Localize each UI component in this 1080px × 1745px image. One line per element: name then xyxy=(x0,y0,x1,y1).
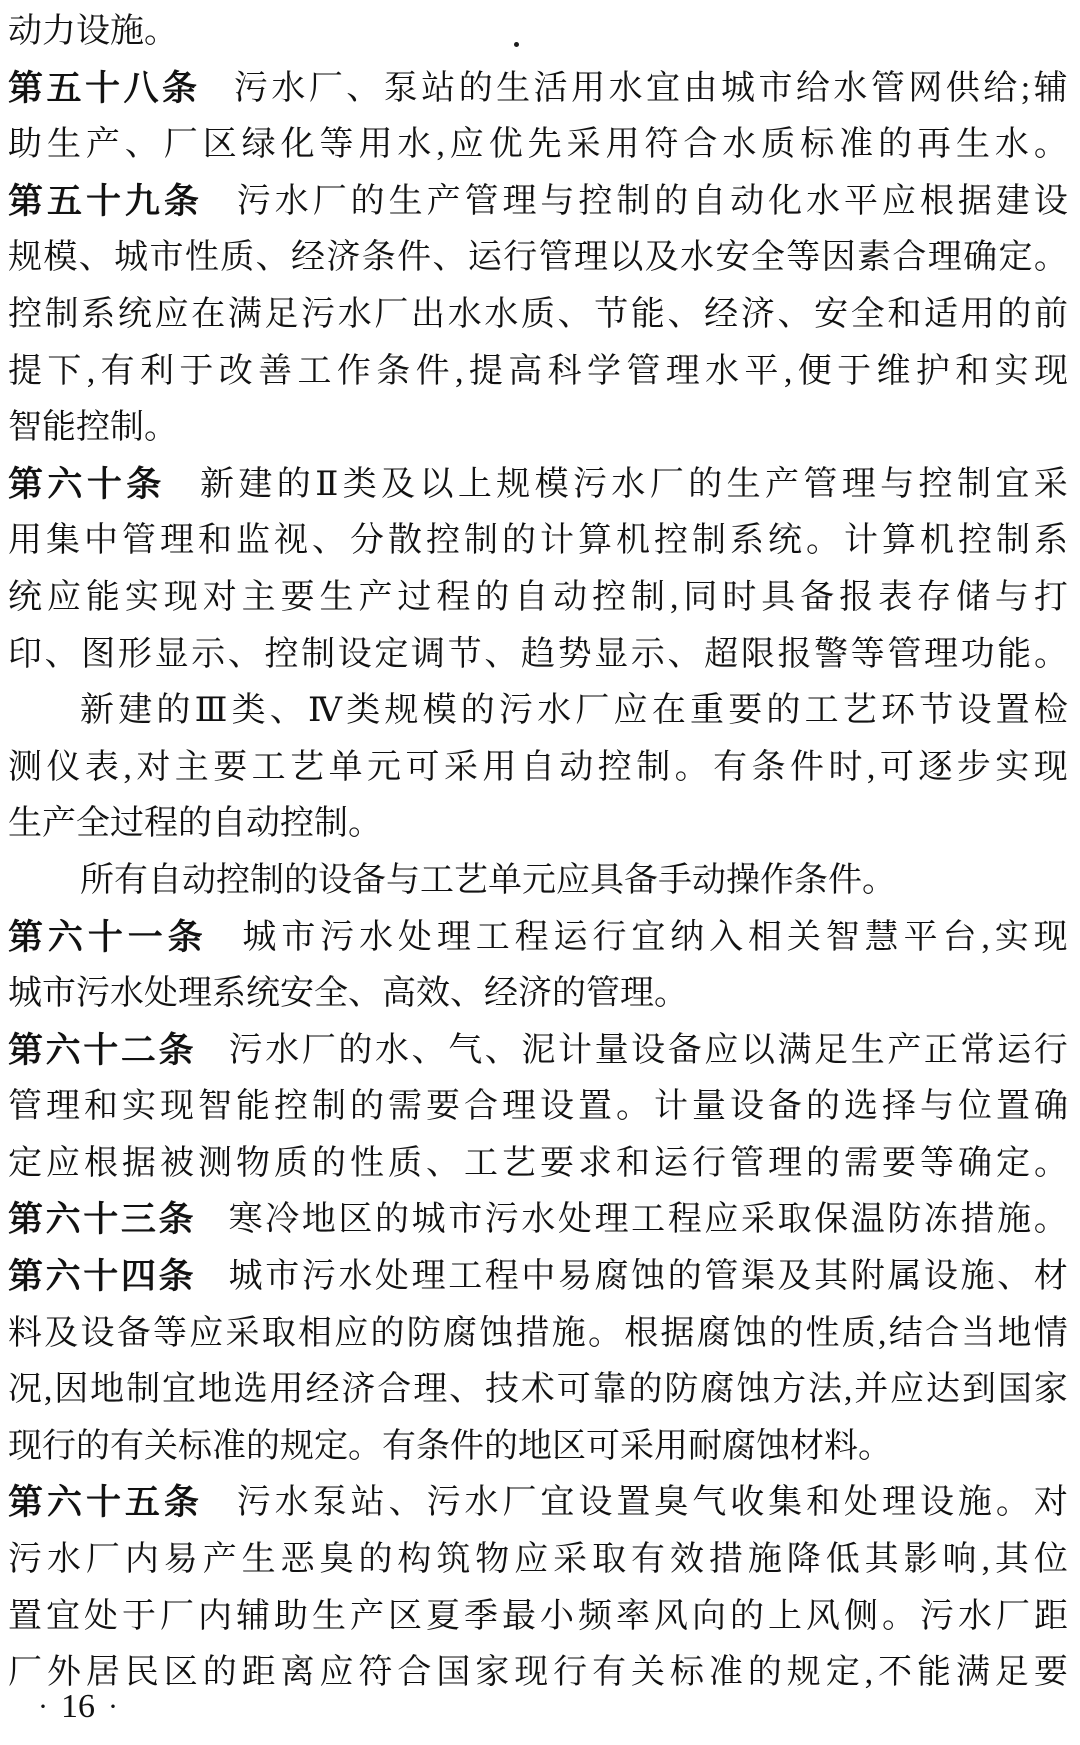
body-text-line: 统应能实现对主要生产过程的自动控制,同时具备报表存储与打 xyxy=(8,570,1068,627)
line-text: 动力设施。 xyxy=(8,13,178,50)
line-text: 生产全过程的自动控制。 xyxy=(8,805,382,842)
body-text-line: 测仪表,对主要工艺单元可采用自动控制。有条件时,可逐步实现 xyxy=(8,740,1068,797)
body-text-line: 智能控制。 xyxy=(8,400,1068,457)
body-text-line: 提下,有利于改善工作条件,提高科学管理水平,便于维护和实现 xyxy=(8,344,1068,401)
body-text-line: 厂外居民区的距离应符合国家现行有关标准的规定,不能满足要 xyxy=(8,1645,1068,1702)
page-footer: · 16 · xyxy=(38,1688,118,1726)
body-text-line: 置宜处于厂内辅助生产区夏季最小频率风向的上风侧。污水厂距 xyxy=(8,1589,1068,1646)
article-clause-line: 第六十条新建的Ⅱ类及以上规模污水厂的生产管理与控制宜采 xyxy=(8,457,1068,514)
body-text-line: 管理和实现智能控制的需要合理设置。计量设备的选择与位置确 xyxy=(8,1079,1068,1136)
body-text-line: 生产全过程的自动控制。 xyxy=(8,796,1068,853)
document-page: 动力设施。第五十八条污水厂、泵站的生活用水宜由城市给水管网供给;辅助生产、厂区绿… xyxy=(0,0,1080,1745)
document-body: 动力设施。第五十八条污水厂、泵站的生活用水宜由城市给水管网供给;辅助生产、厂区绿… xyxy=(8,4,1068,1702)
article-clause-line: 第五十九条污水厂的生产管理与控制的自动化水平应根据建设 xyxy=(8,174,1068,231)
body-text-line: 料及设备等应采取相应的防腐蚀措施。根据腐蚀的性质,结合当地情 xyxy=(8,1306,1068,1363)
body-text-line: 所有自动控制的设备与工艺单元应具备手动操作条件。 xyxy=(8,853,1068,910)
article-clause-line: 第六十四条城市污水处理工程中易腐蚀的管渠及其附属设施、材 xyxy=(8,1249,1068,1306)
body-text-line: 控制系统应在满足污水厂出水水质、节能、经济、安全和适用的前 xyxy=(8,287,1068,344)
body-text-line: 动力设施。 xyxy=(8,4,1068,61)
article-clause-line: 第六十二条污水厂的水、气、泥计量设备应以满足生产正常运行 xyxy=(8,1023,1068,1080)
line-text: 所有自动控制的设备与工艺单元应具备手动操作条件。 xyxy=(80,862,896,899)
line-text: 现行的有关标准的规定。有条件的地区可采用耐腐蚀材料。 xyxy=(8,1428,892,1465)
article-clause-line: 第六十一条城市污水处理工程运行宜纳入相关智慧平台,实现 xyxy=(8,910,1068,967)
article-clause-line: 第六十三条寒冷地区的城市污水处理工程应采取保温防冻措施。 xyxy=(8,1192,1068,1249)
body-text-line: 况,因地制宜地选用经济合理、技术可靠的防腐蚀方法,并应达到国家 xyxy=(8,1362,1068,1419)
line-text: 城市污水处理系统安全、高效、经济的管理。 xyxy=(8,975,688,1012)
body-text-line: 现行的有关标准的规定。有条件的地区可采用耐腐蚀材料。 xyxy=(8,1419,1068,1476)
article-clause-line: 第五十八条污水厂、泵站的生活用水宜由城市给水管网供给;辅 xyxy=(8,61,1068,118)
line-text: 智能控制。 xyxy=(8,409,178,446)
body-text-line: 印、图形显示、控制设定调节、趋势显示、超限报警等管理功能。 xyxy=(8,627,1068,684)
body-text-line: 规模、城市性质、经济条件、运行管理以及水安全等因素合理确定。 xyxy=(8,230,1068,287)
body-text-line: 污水厂内易产生恶臭的构筑物应采取有效措施降低其影响,其位 xyxy=(8,1532,1068,1589)
body-text-line: 城市污水处理系统安全、高效、经济的管理。 xyxy=(8,966,1068,1023)
footer-bullet-right: · xyxy=(108,1692,118,1722)
body-text-line: 用集中管理和监视、分散控制的计算机控制系统。计算机控制系 xyxy=(8,513,1068,570)
page-number: 16 xyxy=(61,1688,95,1726)
body-text-line: 定应根据被测物质的性质、工艺要求和运行管理的需要等确定。 xyxy=(8,1136,1068,1193)
body-text-line: 新建的Ⅲ类、Ⅳ类规模的污水厂应在重要的工艺环节设置检 xyxy=(8,683,1068,740)
footer-bullet-left: · xyxy=(38,1692,48,1722)
body-text-line: 助生产、厂区绿化等用水,应优先采用符合水质标准的再生水。 xyxy=(8,117,1068,174)
article-clause-line: 第六十五条污水泵站、污水厂宜设置臭气收集和处理设施。对 xyxy=(8,1475,1068,1532)
